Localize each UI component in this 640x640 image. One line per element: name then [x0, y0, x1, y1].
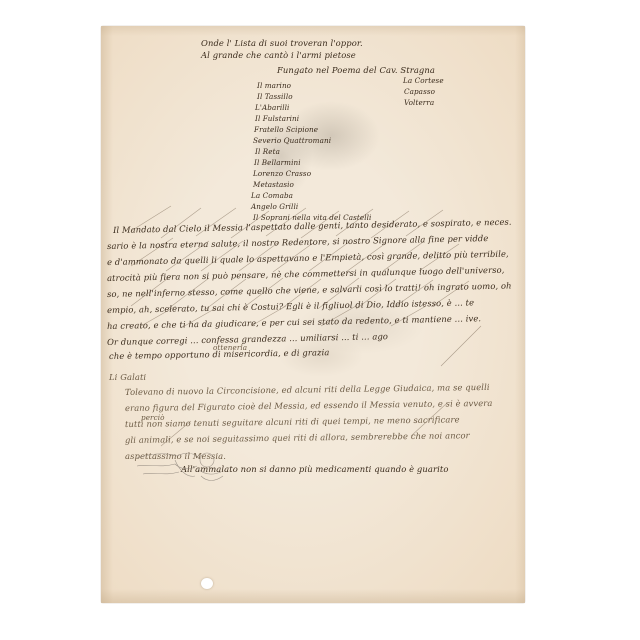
manuscript-page: Onde l' Lista di suoi troveran l'oppor. … [101, 26, 525, 603]
paragraph1-line: empio, ah, scelerato, tu sai chi è Costu… [107, 297, 474, 315]
name-list-item: Angelo Grilli [251, 202, 298, 211]
paragraph1-line: atrocità più fiera non si può pensare, n… [107, 265, 505, 283]
header-line-3: Fungato nel Poema del Cav. Stragna [277, 65, 435, 75]
section2-line: gli animali, e se noi seguitassimo quei … [125, 430, 470, 445]
paragraph1-line: so, ne nell'inferno stesso, come quello … [107, 281, 512, 299]
name-right-item: Volterra [404, 98, 434, 107]
paragraph1-line: sario è la nostra eterna salute, il nost… [107, 233, 489, 251]
name-list-item: Il Fulstarini [255, 114, 299, 123]
name-list-item: Il marino [257, 81, 291, 90]
name-list-item: La Comaba [251, 191, 293, 200]
header-line-2: Al grande che cantò i l'armi pietose [201, 50, 356, 60]
header-line-1: Onde l' Lista di suoi troveran l'oppor. [201, 38, 363, 48]
name-right-item: Capasso [404, 87, 435, 96]
section2-heading: Li Galati [109, 372, 146, 382]
name-list-item: Il Tassillo [257, 92, 293, 101]
pencil-sketch-figure [135, 448, 225, 488]
paragraph1-line: che è tempo opportuno di misericordia, e… [109, 347, 330, 361]
name-list-item: Il Bellarmini [254, 158, 301, 167]
section2-line: Tolevano di nuovo la Circoncisione, ed a… [125, 382, 490, 397]
name-list-item: Lorenzo Crasso [253, 169, 311, 178]
name-list-item: Metastasio [253, 180, 294, 189]
section2-line: tutti non siamo tenuti seguitare alcuni … [125, 414, 460, 429]
name-right-item: La Cortese [403, 76, 444, 85]
name-list-item: Severio Quattromani [253, 136, 331, 145]
section2-line: erano figura del Figurato cioè del Messi… [125, 398, 493, 413]
paragraph1-line: Or dunque corregi ... confessa grandezza… [107, 331, 388, 347]
paragraph1-line: ha creato, e che ti ha da giudicare, e p… [107, 313, 481, 331]
paragraph1-line: e d'ammonato da quelli li quale lo aspet… [107, 249, 509, 267]
name-list-item: Fratello Scipione [254, 125, 318, 134]
paper-hole [201, 578, 213, 589]
name-list-item: Il Reta [255, 147, 280, 156]
name-list-item: L'Abarilli [255, 103, 289, 112]
